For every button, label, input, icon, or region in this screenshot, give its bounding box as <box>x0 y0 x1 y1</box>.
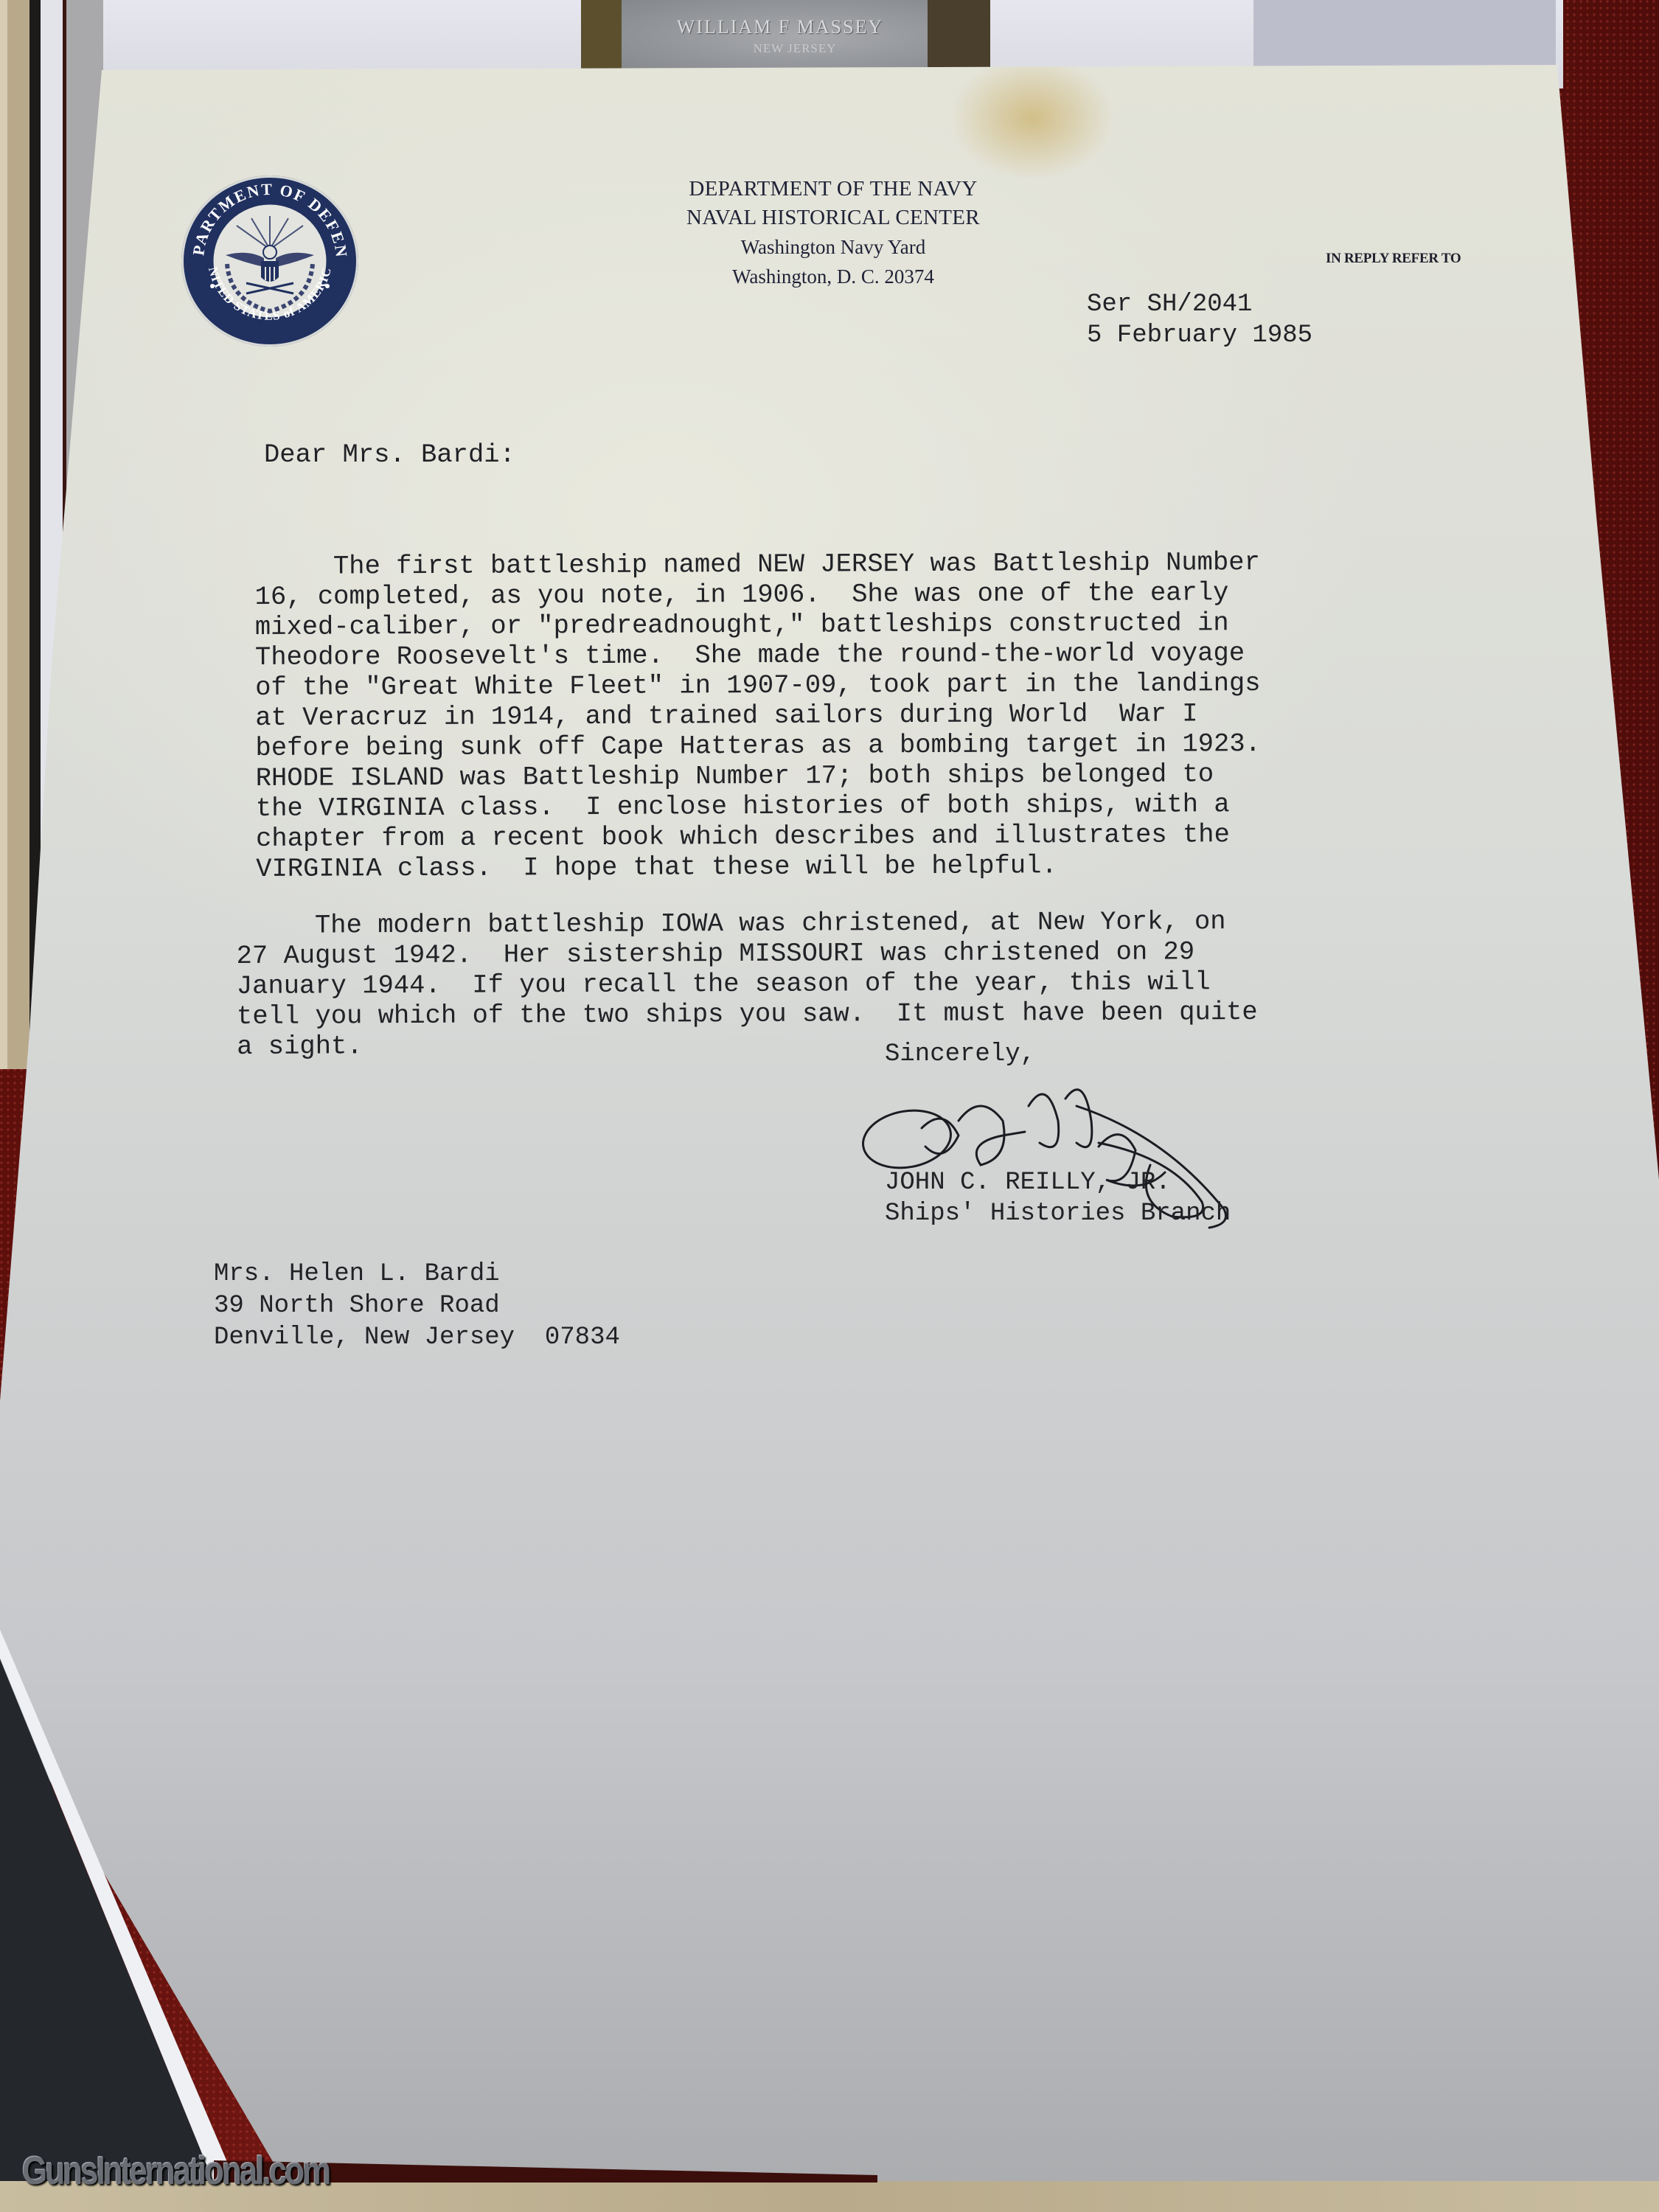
letterhead-yard: Washington Navy Yard <box>634 232 1032 262</box>
reference-block: Ser SH/20415 February 1985 <box>1087 289 1312 351</box>
paragraph-line: before being sunk off Cape Hatteras as a… <box>255 728 1261 763</box>
headstone-photo: WILLIAM F MASSEY NEW JERSEY <box>581 0 990 74</box>
paragraph-line: the VIRGINIA class. I enclose histories … <box>256 789 1262 824</box>
signature-block: JOHN C. REILLY, JR.Ships' Histories Bran… <box>885 1167 1231 1229</box>
paragraph-line: a sight. <box>237 1027 1258 1062</box>
salutation: Dear Mrs. Bardi: <box>264 439 515 470</box>
valediction: Sincerely, <box>885 1040 1035 1070</box>
department-of-defense-seal-icon: DEPARTMENT OF DEFENSE UNITED STATES of A… <box>181 175 358 347</box>
paragraph-line: at Veracruz in 1914, and trained sailors… <box>255 698 1261 733</box>
letterhead-department: DEPARTMENT OF THE NAVY <box>634 175 1032 204</box>
body-paragraph-2: The modern battleship IOWA was christene… <box>236 846 1258 1092</box>
paragraph-line: January 1944. If you recall the season o… <box>237 967 1258 1001</box>
paragraph-line: The modern battleship IOWA was christene… <box>236 906 1257 941</box>
address-line: Denville, New Jersey 07834 <box>214 1322 620 1354</box>
paragraph-line: The first battleship named NEW JERSEY wa… <box>254 547 1260 582</box>
signer-name: JOHN C. REILLY, JR. <box>885 1167 1231 1198</box>
reply-refer-to-label: IN REPLY REFER TO <box>1326 251 1461 267</box>
letterhead-center: NAVAL HISTORICAL CENTER <box>634 204 1032 232</box>
background-paper-top-right <box>1253 0 1556 66</box>
letterhead-city: Washington, D. C. 20374 <box>634 262 1032 291</box>
letter-date: 5 February 1985 <box>1087 320 1312 351</box>
paragraph-line: 16, completed, as you note, in 1906. She… <box>255 577 1261 612</box>
headstone-engraving-name: WILLIAM F MASSEY <box>662 16 898 38</box>
paragraph-line: RHODE ISLAND was Battleship Number 17; b… <box>256 759 1262 793</box>
serial-number: Ser SH/2041 <box>1087 289 1312 320</box>
paragraph-line: of the "Great White Fleet" in 1907-09, t… <box>255 668 1261 703</box>
paragraph-line: tell you which of the two ships you saw.… <box>237 997 1258 1032</box>
watermark-logo: GunsInternational.com <box>22 2149 329 2194</box>
recipient-address: Mrs. Helen L. Bardi39 North Shore RoadDe… <box>214 1259 620 1354</box>
signer-title: Ships' Histories Branch <box>885 1198 1231 1229</box>
address-line: 39 North Shore Road <box>214 1290 620 1322</box>
paragraph-line: Theodore Roosevelt's time. She made the … <box>255 638 1261 672</box>
paragraph-line: mixed-caliber, or "predreadnought," batt… <box>255 608 1261 642</box>
letterhead: DEPARTMENT OF THE NAVY NAVAL HISTORICAL … <box>634 175 1032 291</box>
paragraph-line: 27 August 1942. Her sistership MISSOURI … <box>237 936 1258 971</box>
address-line: Mrs. Helen L. Bardi <box>214 1259 620 1290</box>
headstone-engraving-state: NEW JERSEY <box>728 41 861 56</box>
